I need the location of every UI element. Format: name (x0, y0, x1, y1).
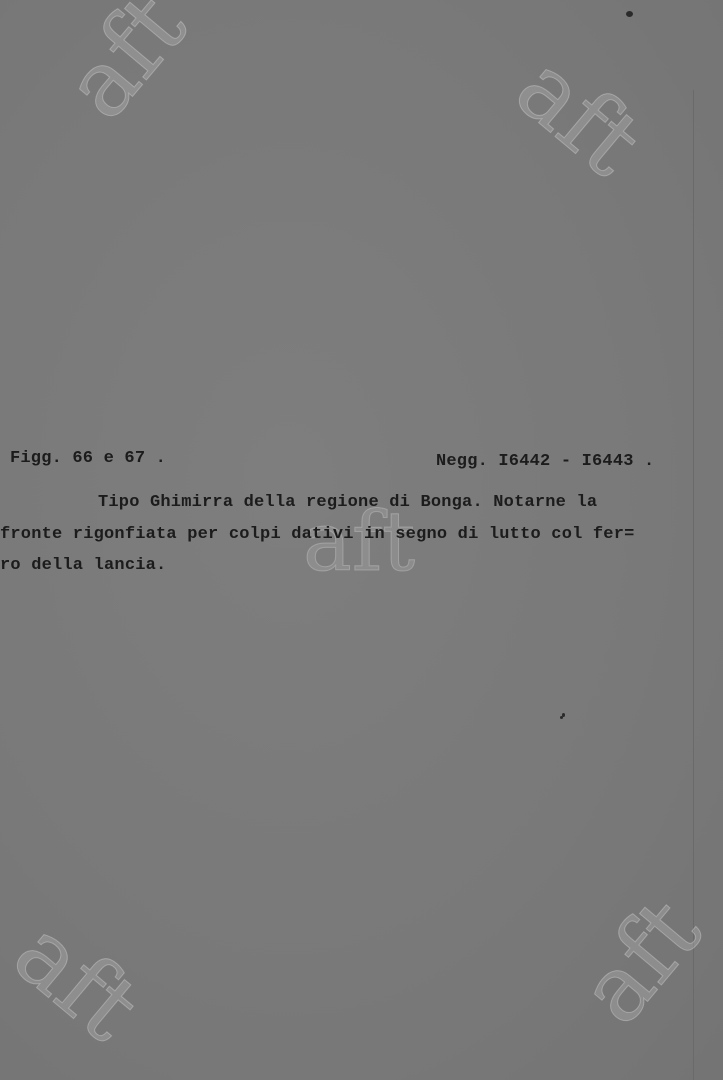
caption-line-2: fronte rigonfiata per colpi dativi in se… (0, 525, 635, 544)
watermark-top-right: aft (501, 40, 657, 191)
watermark-top-left: aft (50, 0, 201, 134)
caption-line-3: ro della lancia. (0, 556, 166, 575)
scanned-page: aft aft aft aft aft Figg. 66 e 67 . Negg… (0, 0, 723, 1080)
dust-speck (626, 11, 633, 17)
caption-line-1: Tipo Ghimirra della regione di Bonga. No… (98, 493, 597, 512)
figure-reference: Figg. 66 e 67 . (10, 449, 166, 468)
dust-speck (560, 716, 563, 719)
negative-reference: Negg. I6442 - I6443 . (436, 452, 654, 471)
watermark-bottom-left: aft (0, 905, 154, 1056)
